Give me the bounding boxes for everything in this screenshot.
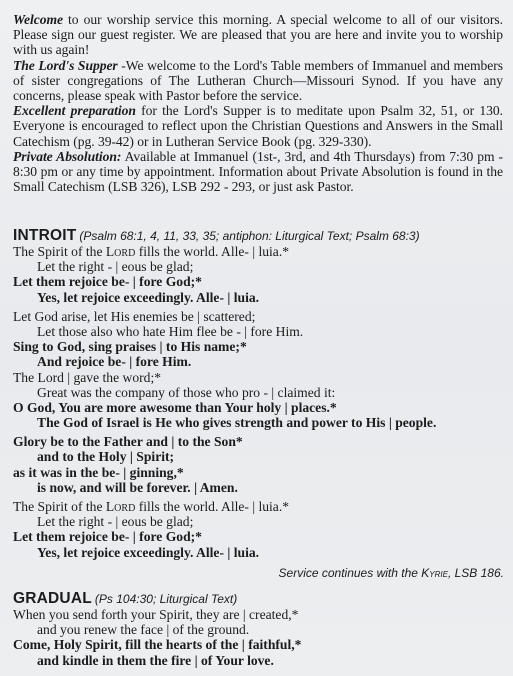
introit-heading: INTROIT(Psalm 68:1, 4, 11, 33, 35; antip… xyxy=(13,228,508,244)
verse-line: Yes, let rejoice exceedingly. Alle- | lu… xyxy=(13,290,508,305)
verse-line: as it was in the be- | ginning,* xyxy=(13,465,508,480)
verse-line: Sing to God, sing praises | to His name;… xyxy=(13,339,508,354)
verse-line: And rejoice be- | fore Him. xyxy=(13,354,508,369)
verse-line: and kindle in them the fire | of Your lo… xyxy=(13,653,508,668)
verse-line: O God, You are more awesome than Your ho… xyxy=(13,400,508,415)
notice-private-absolution: Private Absolution: Available at Immanue… xyxy=(13,149,503,195)
notice-preparation: Excellent preparation for the Lord's Sup… xyxy=(13,103,503,149)
verse-line: is now, and will be forever. | Amen. xyxy=(13,480,508,495)
gradual-section: GRADUAL(Ps 104:30; Liturgical Text) When… xyxy=(13,591,508,668)
verse-text: fills the world. Alle- | luia.* xyxy=(135,499,289,514)
kyrie-label: Kyrie xyxy=(421,566,448,580)
verse-line: Let the right - | eous be glad; xyxy=(13,514,508,529)
announcements: Welcome to our worship service this morn… xyxy=(13,12,503,194)
service-continues-note: Service continues with the Kyrie, LSB 18… xyxy=(13,566,508,581)
notice-lead: The Lord's Supper xyxy=(13,58,118,73)
introit-verses: The Spirit of the Lord fills the world. … xyxy=(13,244,508,560)
verse-line: The God of Israel is He who gives streng… xyxy=(13,415,508,430)
verse-line: Come, Holy Spirit, fill the hearts of th… xyxy=(13,637,508,652)
verse-line: Great was the company of those who pro -… xyxy=(13,385,508,400)
verse-text: fills the world. Alle- | luia.* xyxy=(135,244,289,259)
verse-line: Let them rejoice be- | fore God;* xyxy=(13,529,508,544)
introit-reference: (Psalm 68:1, 4, 11, 33, 35; antiphon: Li… xyxy=(79,229,419,243)
verse-line: Let them rejoice be- | fore God;* xyxy=(13,274,508,289)
verse-line: and you renew the face | of the ground. xyxy=(13,622,508,637)
notice-welcome: Welcome to our worship service this morn… xyxy=(13,12,503,58)
verse-text: The Spirit of the xyxy=(13,499,106,514)
gradual-verses: When you send forth your Spirit, they ar… xyxy=(13,607,508,668)
continues-text: Service continues with the xyxy=(279,566,422,580)
lord-smallcaps: Lord xyxy=(106,244,135,259)
verse-line: Yes, let rejoice exceedingly. Alle- | lu… xyxy=(13,545,508,560)
verse-line: When you send forth your Spirit, they ar… xyxy=(13,607,508,622)
verse-line: Let the right - | eous be glad; xyxy=(13,259,508,274)
verse-line: and to the Holy | Spirit; xyxy=(13,449,508,464)
verse-text: The Spirit of the xyxy=(13,244,106,259)
introit-title: INTROIT xyxy=(13,227,76,244)
notice-lords-supper: The Lord's Supper -We welcome to the Lor… xyxy=(13,58,503,104)
lord-smallcaps: Lord xyxy=(106,499,135,514)
verse-line: Let God arise, let His enemies be | scat… xyxy=(13,309,508,324)
gradual-reference: (Ps 104:30; Liturgical Text) xyxy=(95,592,237,606)
verse-line: The Spirit of the Lord fills the world. … xyxy=(13,499,508,514)
notice-lead: Excellent preparation xyxy=(13,103,136,118)
verse-line: The Spirit of the Lord fills the world. … xyxy=(13,244,508,259)
bulletin-page: Welcome to our worship service this morn… xyxy=(0,0,513,676)
verse-line: The Lord | gave the word;* xyxy=(13,370,508,385)
notice-lead: Private Absolution: xyxy=(13,149,121,164)
verse-line: Let those also who hate Him flee be - | … xyxy=(13,324,508,339)
gradual-heading: GRADUAL(Ps 104:30; Liturgical Text) xyxy=(13,591,508,607)
introit-section: INTROIT(Psalm 68:1, 4, 11, 33, 35; antip… xyxy=(13,228,508,581)
notice-lead: Welcome xyxy=(13,12,63,27)
gradual-title: GRADUAL xyxy=(13,590,92,607)
continues-ref: , LSB 186. xyxy=(448,566,504,580)
verse-line: Glory be to the Father and | to the Son* xyxy=(13,434,508,449)
notice-text: to our worship service this morning. A s… xyxy=(13,12,503,57)
